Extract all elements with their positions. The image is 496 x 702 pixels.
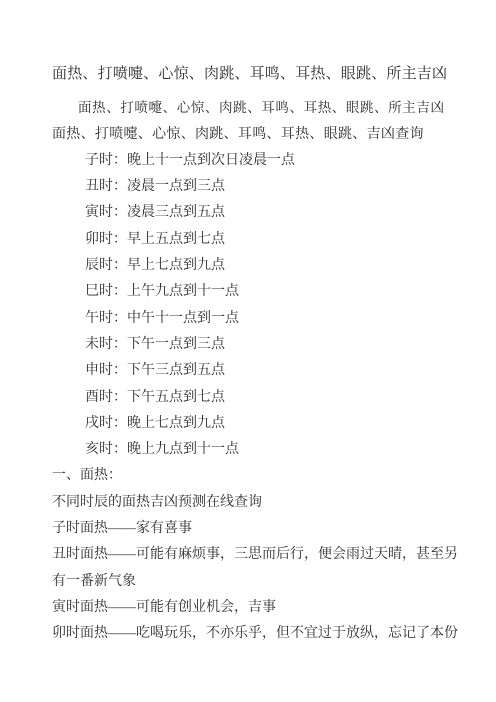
text-line: 不同时辰的面热吉凶预测在线查询 [52,490,464,516]
document-content: 面热、打喷嚏、心惊、肉跳、耳鸣、耳热、眼跳、所主吉凶面热、打喷嚏、心惊、肉跳、耳… [52,61,464,648]
section-title: 一、面热： [52,463,464,489]
time-range-line: 卯时：早上五点到七点 [52,227,464,253]
text-line: 卯时面热——吃喝玩乐，不亦乐乎，但不宜过于放纵，忘记了本份 [52,621,464,647]
text-line: 寅时面热——可能有创业机会，吉事 [52,595,464,621]
document-subheading: 面热、打喷嚏、心惊、肉跳、耳鸣、耳热、眼跳、所主吉凶 [52,95,464,121]
document-heading: 面热、打喷嚏、心惊、肉跳、耳鸣、耳热、眼跳、所主吉凶 [52,61,464,87]
time-range-line: 午时：中午十一点到一点 [52,306,464,332]
time-range-line: 未时：下午一点到三点 [52,332,464,358]
text-line: 有一番新气象 [52,569,464,595]
query-line: 面热、打喷嚏、心惊、肉跳、耳鸣、耳热、眼跳、吉凶查询 [52,122,464,148]
time-range-line: 子时：晚上十一点到次日凌晨一点 [52,148,464,174]
text-line: 子时面热——家有喜事 [52,516,464,542]
time-range-line: 戌时：晚上七点到九点 [52,411,464,437]
time-range-line: 丑时：凌晨一点到三点 [52,174,464,200]
document-page: 面热、打喷嚏、心惊、肉跳、耳鸣、耳热、眼跳、所主吉凶面热、打喷嚏、心惊、肉跳、耳… [0,0,496,702]
time-range-line: 申时：下午三点到五点 [52,358,464,384]
time-range-line: 亥时：晚上九点到十一点 [52,437,464,463]
text-line: 丑时面热——可能有麻烦事，三思而后行，便会雨过天晴，甚至另 [52,542,464,568]
time-range-line: 巳时：上午九点到十一点 [52,279,464,305]
time-range-line: 辰时：早上七点到九点 [52,253,464,279]
time-range-line: 酉时：下午五点到七点 [52,385,464,411]
time-range-line: 寅时：凌晨三点到五点 [52,200,464,226]
